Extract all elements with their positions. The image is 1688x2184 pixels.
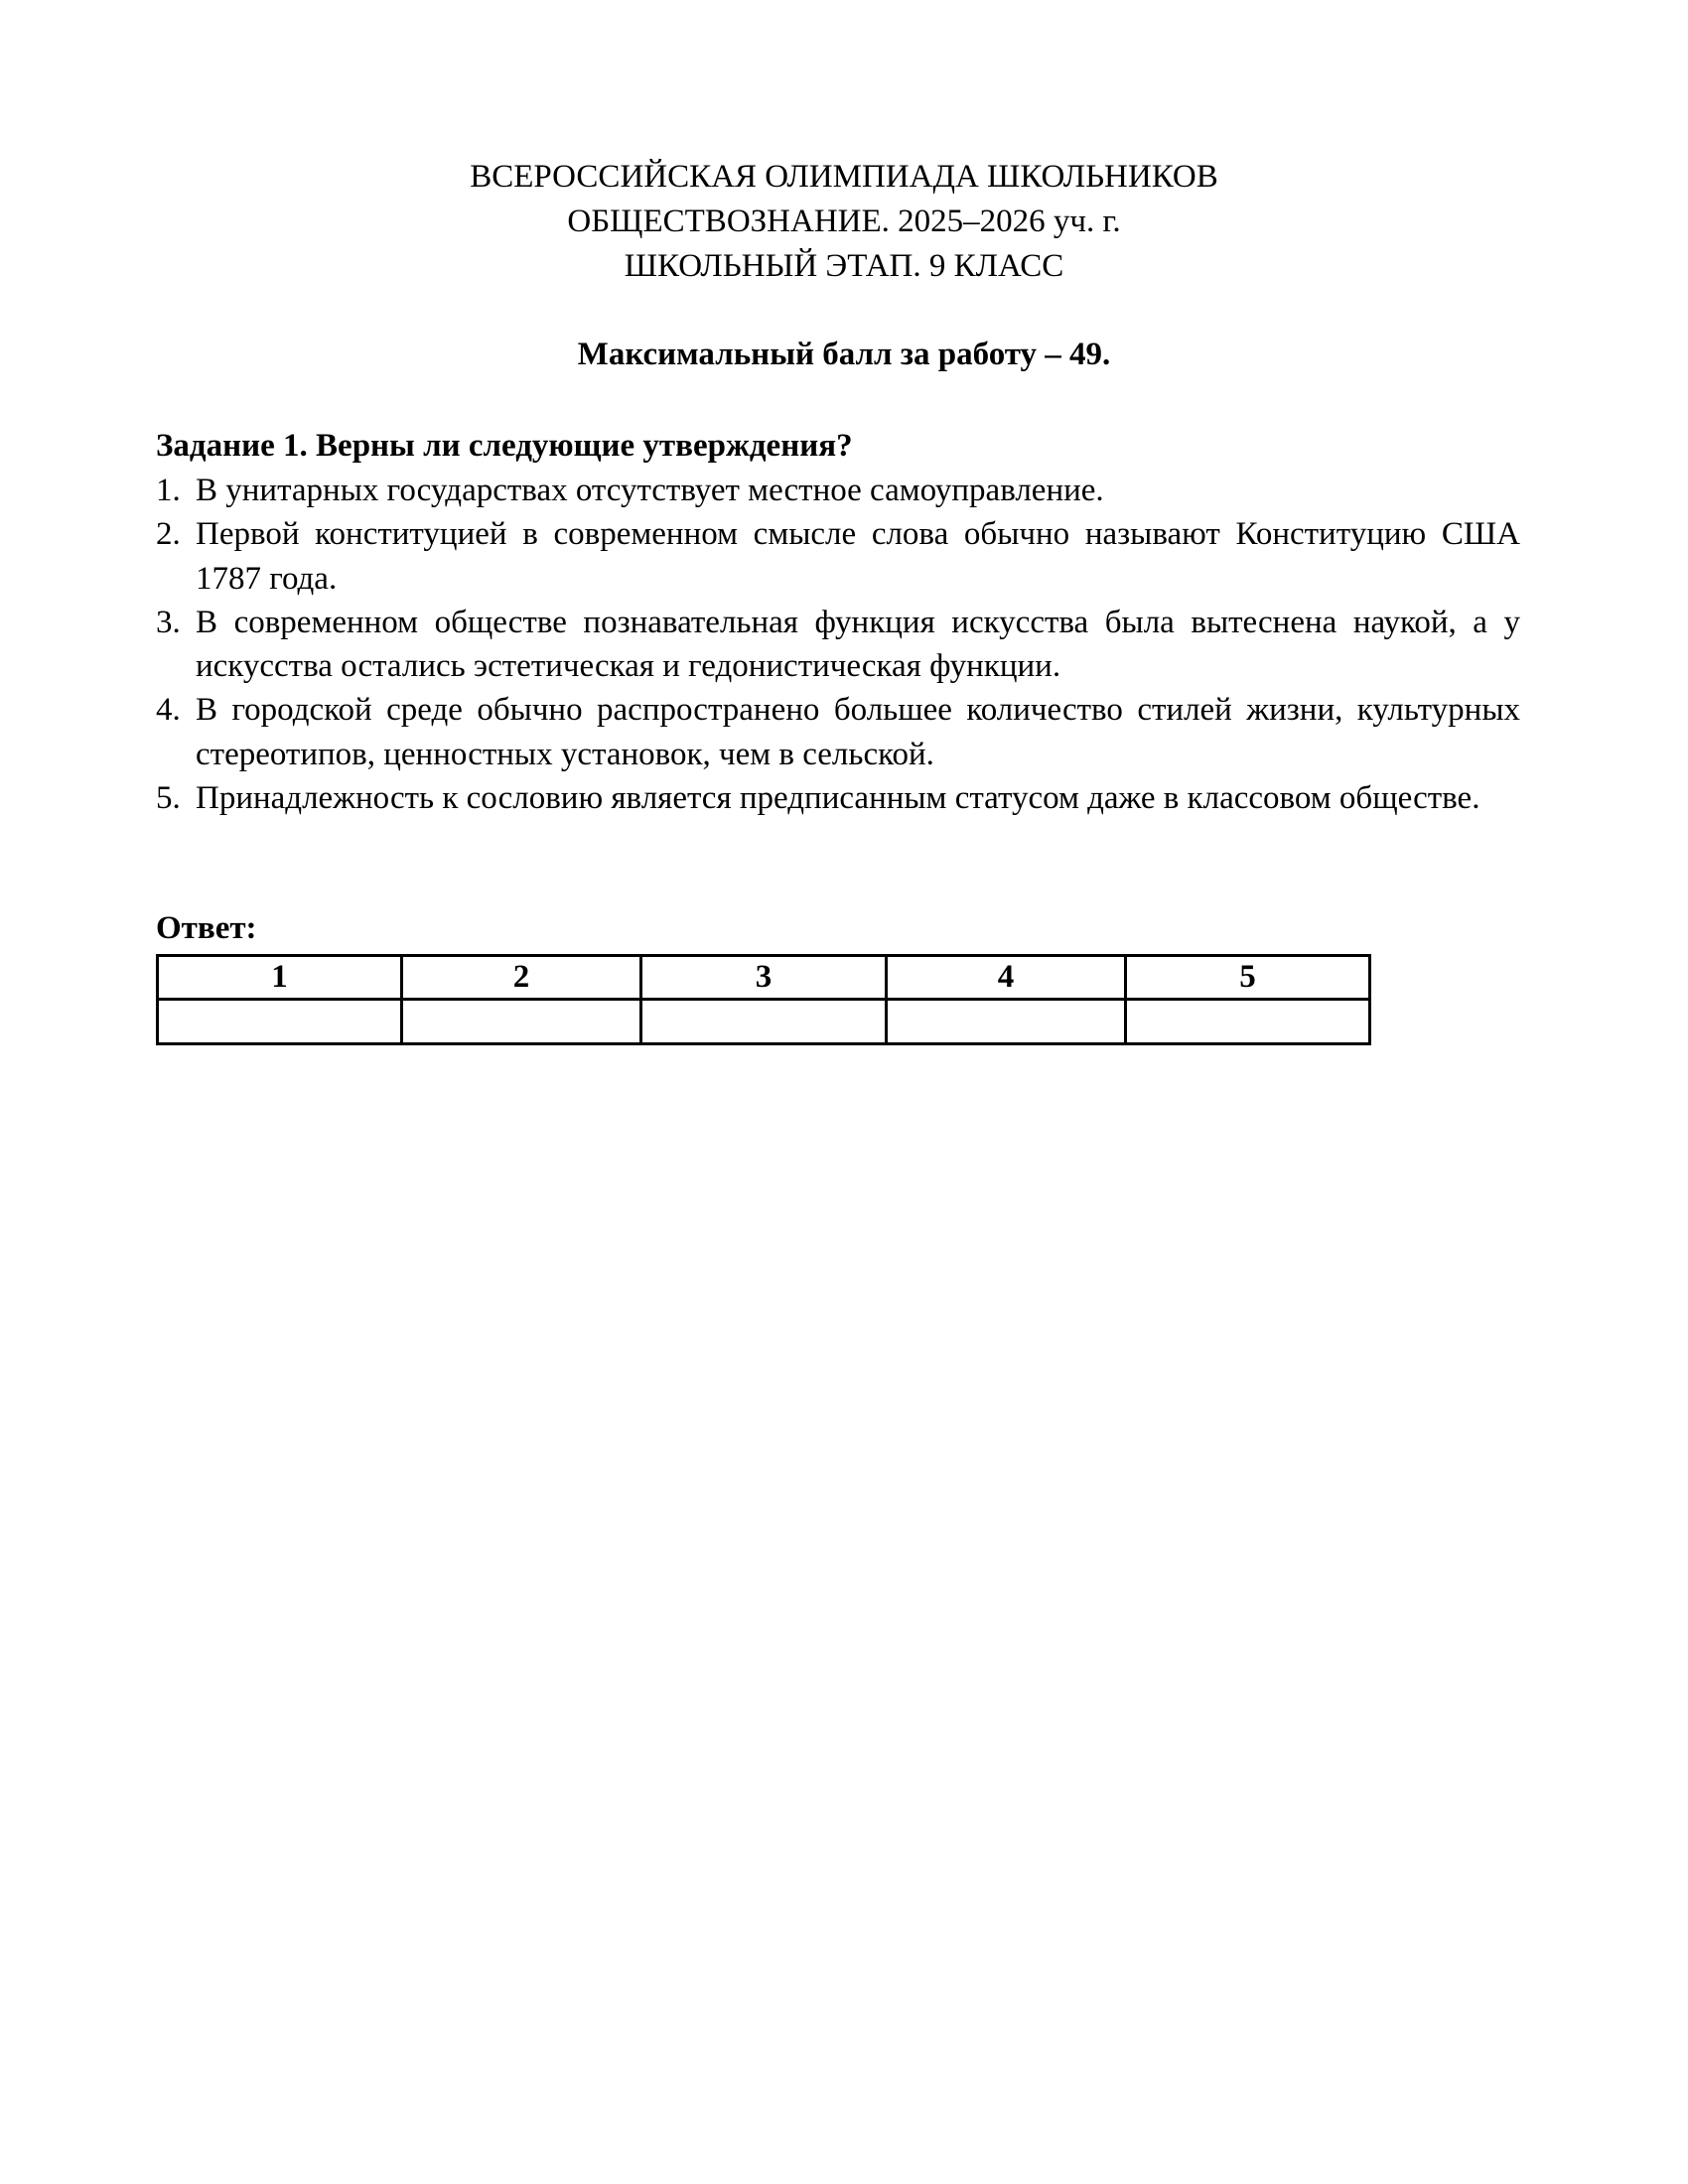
statement-text: Первой конституцией в современном смысле…	[196, 516, 1520, 596]
answer-header-cell: 1	[158, 956, 402, 1000]
statement-number: 1.	[156, 469, 181, 512]
statements-list: 1.В унитарных государствах отсутствует м…	[156, 469, 1520, 820]
statement-number: 2.	[156, 512, 181, 556]
olympiad-title: ВСЕРОССИЙСКАЯ ОЛИМПИАДА ШКОЛЬНИКОВ	[0, 155, 1688, 199]
statement-item: 3.В современном обществе познавательная …	[156, 601, 1520, 689]
answer-cell-1[interactable]	[158, 1000, 402, 1044]
statement-item: 2.Первой конституцией в современном смыс…	[156, 512, 1520, 601]
answer-header-cell: 3	[641, 956, 887, 1000]
statement-number: 5.	[156, 776, 181, 820]
answer-header-cell: 5	[1126, 956, 1370, 1000]
answer-label: Ответ:	[156, 906, 257, 950]
answer-cell-3[interactable]	[641, 1000, 887, 1044]
statement-text: В современном обществе познавательная фу…	[196, 605, 1520, 684]
stage-grade: ШКОЛЬНЫЙ ЭТАП. 9 КЛАСС	[0, 244, 1688, 288]
answer-cell-2[interactable]	[402, 1000, 641, 1044]
document-page: ВСЕРОССИЙСКАЯ ОЛИМПИАДА ШКОЛЬНИКОВ ОБЩЕС…	[0, 0, 1688, 2184]
answer-table-value-row	[158, 1000, 1370, 1044]
subject-year: ОБЩЕСТВОЗНАНИЕ. 2025–2026 уч. г.	[0, 200, 1688, 243]
answer-table: 1 2 3 4 5	[156, 954, 1371, 1045]
answer-cell-4[interactable]	[887, 1000, 1126, 1044]
statement-text: В унитарных государствах отсутствует мес…	[196, 473, 1104, 508]
statement-text: Принадлежность к сословию является предп…	[196, 780, 1479, 816]
statement-number: 4.	[156, 688, 181, 732]
answer-cell-5[interactable]	[1126, 1000, 1370, 1044]
answer-header-cell: 2	[402, 956, 641, 1000]
answer-table-header-row: 1 2 3 4 5	[158, 956, 1370, 1000]
statement-number: 3.	[156, 601, 181, 644]
statement-item: 4.В городской среде обычно распространен…	[156, 688, 1520, 776]
statement-text: В городской среде обычно распространено …	[196, 692, 1520, 771]
max-score: Максимальный балл за работу – 49.	[0, 333, 1688, 376]
statement-item: 5.Принадлежность к сословию является пре…	[156, 776, 1520, 820]
statement-item: 1.В унитарных государствах отсутствует м…	[156, 469, 1520, 512]
task-1-title: Задание 1. Верны ли следующие утверждени…	[156, 424, 853, 468]
answer-header-cell: 4	[887, 956, 1126, 1000]
